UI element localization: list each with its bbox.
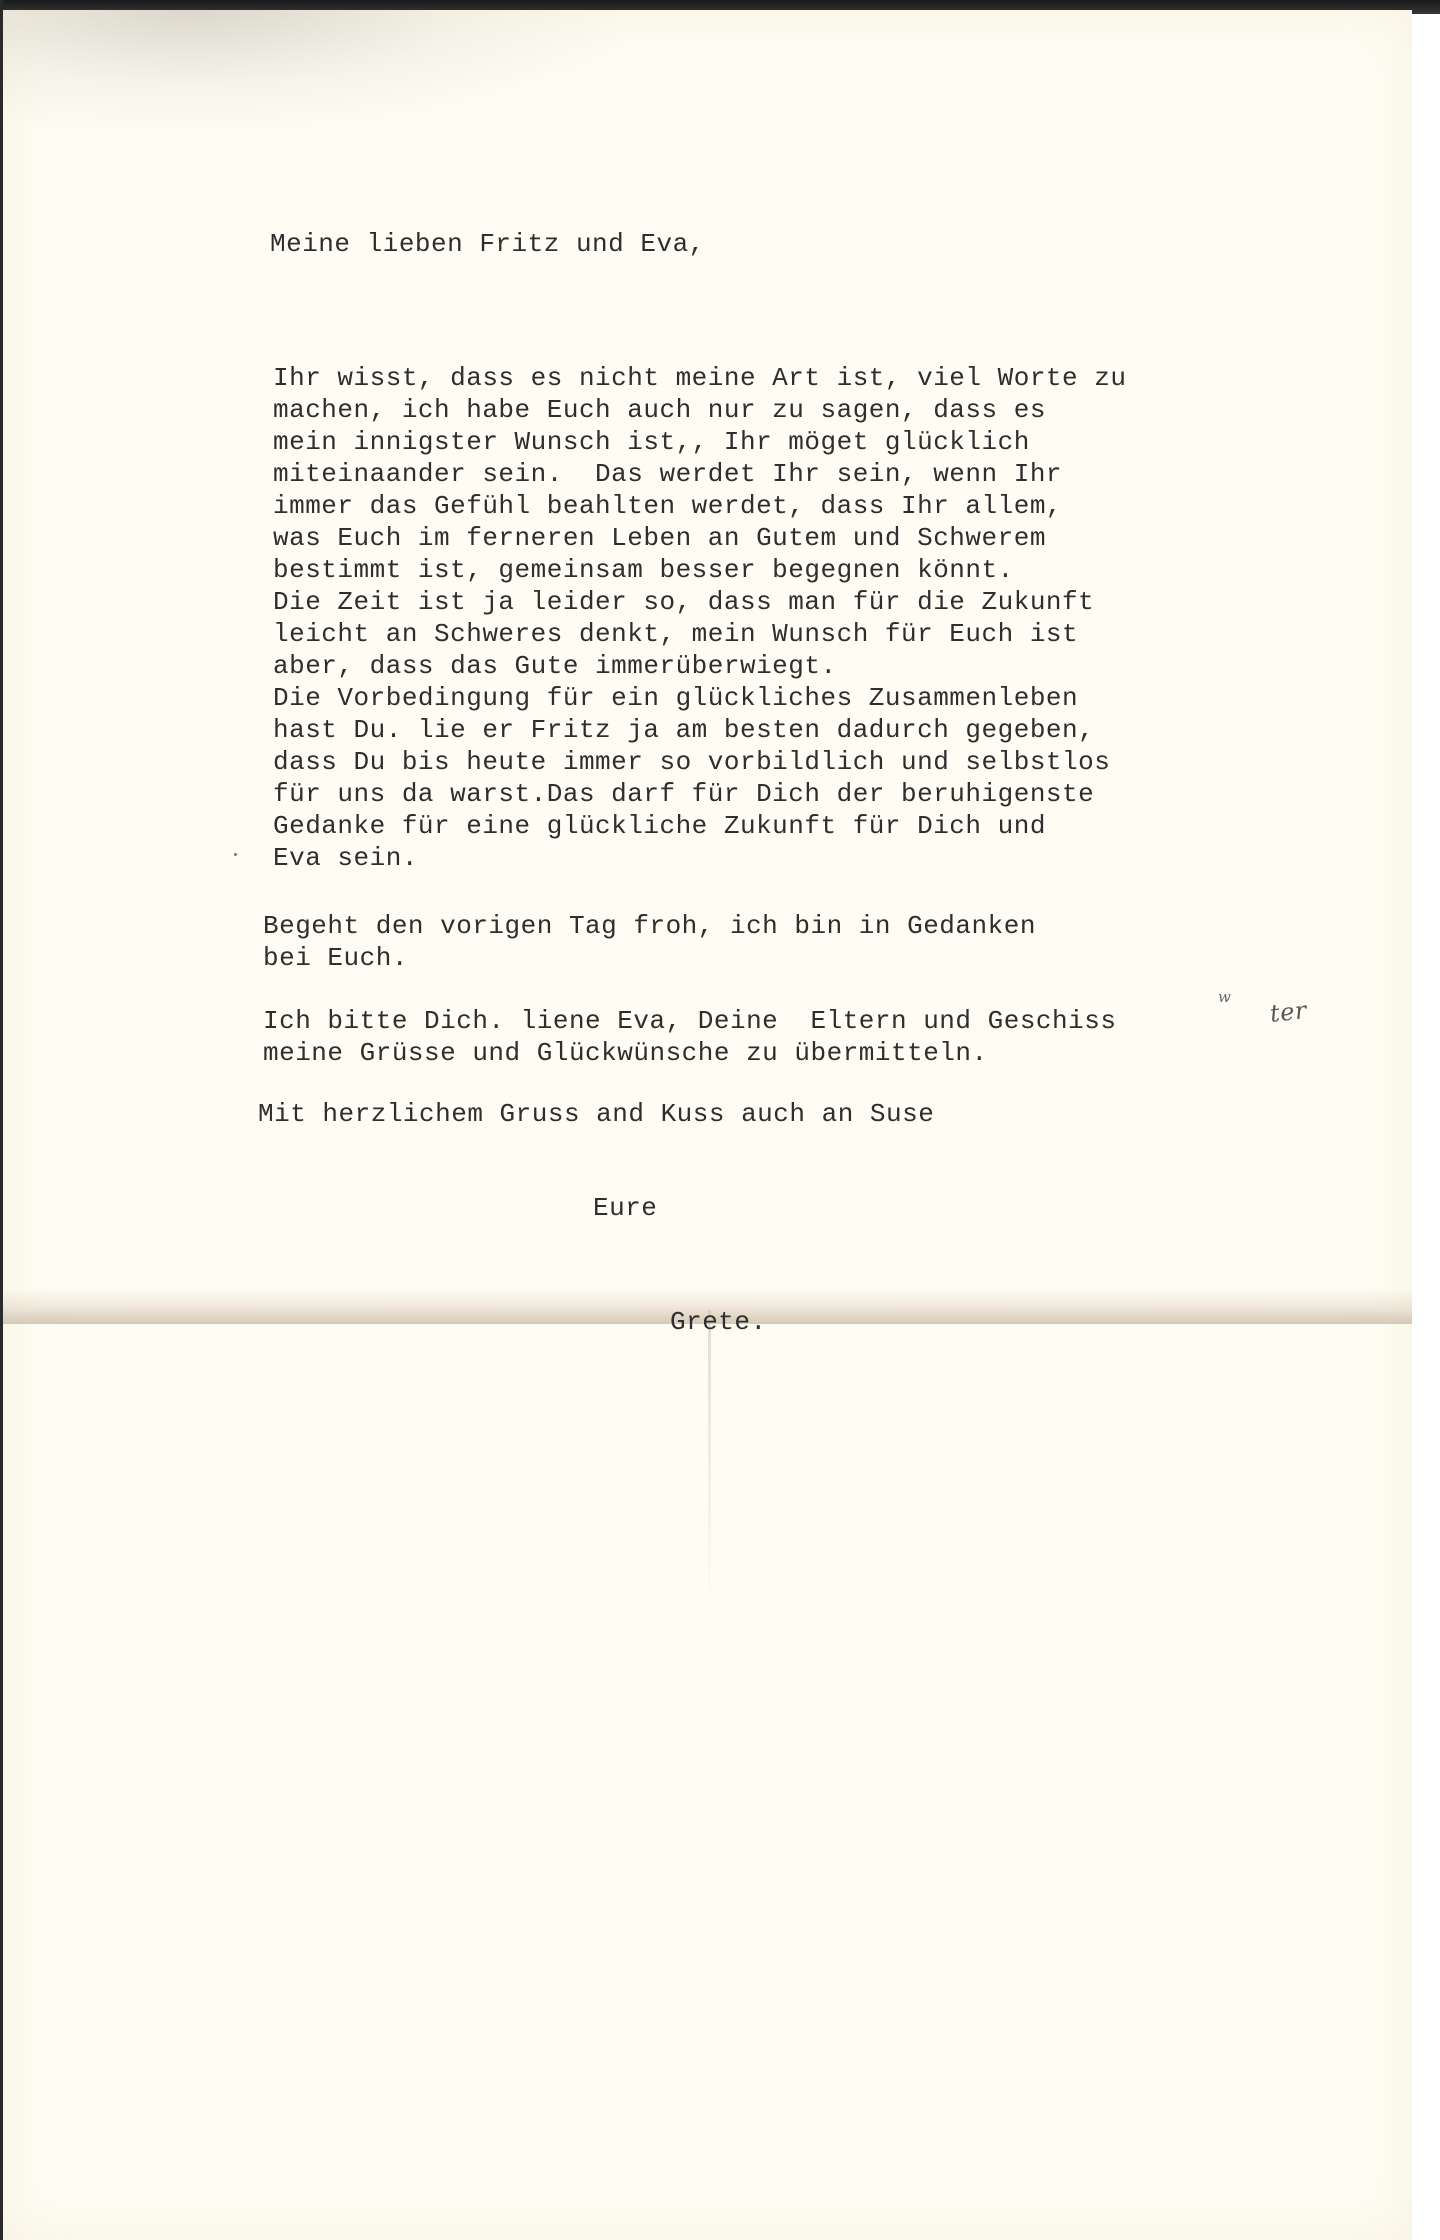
text-line: Begeht den vorigen Tag froh, ich bin in … [263,910,1036,942]
text-line: immer das Gefühl beahlten werdet, dass I… [273,490,1126,522]
text-line: was Euch im ferneren Leben an Gutem und … [273,522,1126,554]
scanner-right-margin [1412,14,1440,2240]
text-line: miteinaander sein. Das werdet Ihr sein, … [273,458,1126,490]
closing: Eure [593,1192,657,1224]
handwritten-insert: w [1218,988,1231,1006]
vertical-fold [708,1310,711,1610]
text-line: Die Vorbedingung für ein glückliches Zus… [273,682,1126,714]
text-line: dass Du bis heute immer so vorbildlich u… [273,746,1126,778]
text-line: Die Zeit ist ja leider so, dass man für … [273,586,1126,618]
text-line: aber, dass das Gute immerüberwiegt. [273,650,1126,682]
paragraph-2: Begeht den vorigen Tag froh, ich bin in … [263,910,1036,974]
text-line: bestimmt ist, gemeinsam besser begegnen … [273,554,1126,586]
text-line: hast Du. lie er Fritz ja am besten dadur… [273,714,1126,746]
ink-speck [234,853,237,856]
salutation: Meine lieben Fritz und Eva, [270,228,705,260]
paragraph-3: Ich bitte Dich. liene Eva, Deine Eltern … [263,1005,1116,1069]
handwritten-correction: ter [1269,996,1309,1028]
text-line: machen, ich habe Euch auch nur zu sagen,… [273,394,1126,426]
paragraph-4: Mit herzlichem Gruss and Kuss auch an Su… [258,1098,934,1130]
signature: Grete. [670,1306,767,1338]
text-line: Ich bitte Dich. liene Eva, Deine Eltern … [263,1005,1116,1037]
text-line: Gedanke für eine glückliche Zukunft für … [273,810,1126,842]
text-line: Mit herzlichem Gruss and Kuss auch an Su… [258,1098,934,1130]
text-line: bei Euch. [263,942,1036,974]
paper-shadow [3,10,623,130]
paragraph-1: Ihr wisst, dass es nicht meine Art ist, … [273,362,1126,874]
text-line: meine Grüsse und Glückwünsche zu übermit… [263,1037,1116,1069]
text-line: Eva sein. [273,842,1126,874]
text-line: Ihr wisst, dass es nicht meine Art ist, … [273,362,1126,394]
scanned-letter: Meine lieben Fritz und Eva, Ihr wisst, d… [0,0,1440,2240]
text-line: mein innigster Wunsch ist,, Ihr möget gl… [273,426,1126,458]
text-line: für uns da warst.Das darf für Dich der b… [273,778,1126,810]
text-line: leicht an Schweres denkt, mein Wunsch fü… [273,618,1126,650]
